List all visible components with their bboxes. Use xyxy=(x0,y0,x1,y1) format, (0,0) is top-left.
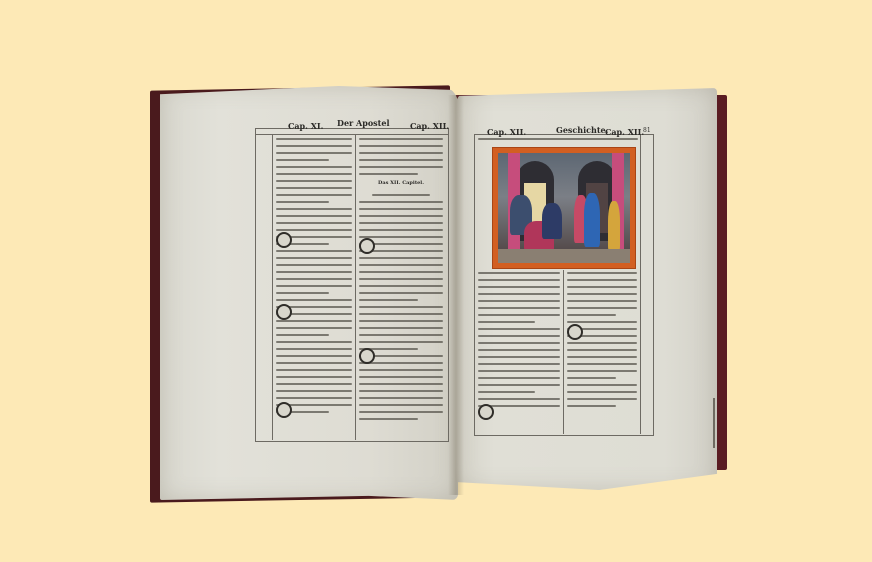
right-page-top-lines xyxy=(478,138,638,148)
left-header-rule xyxy=(255,134,448,135)
drop-cap-initial xyxy=(276,232,292,248)
right-header-chapter: Cap. XII. xyxy=(487,127,526,137)
drop-cap-initial xyxy=(359,238,375,254)
illuminated-illustration xyxy=(493,148,635,268)
left-page-column-1 xyxy=(276,138,352,436)
drop-cap-initial xyxy=(359,348,375,364)
page-number: 81 xyxy=(643,127,651,134)
ribbon-marker xyxy=(713,398,715,448)
right-column-rule xyxy=(563,270,564,434)
right-header-chapter-right: Cap. XII. xyxy=(605,127,644,137)
left-margin-rule xyxy=(272,134,273,440)
drop-cap-initial xyxy=(276,402,292,418)
left-page-column-2: Das XII. Capitel. xyxy=(359,138,443,436)
right-header-title: Geschichte. xyxy=(556,125,608,135)
left-header-title: Der Apostel xyxy=(337,118,390,128)
left-column-rule xyxy=(355,134,356,440)
right-margin-rule xyxy=(640,134,641,434)
left-header-chapter: Cap. XI. xyxy=(288,121,323,131)
book-photo: Cap. XI. Der Apostel Cap. XII. Das XII. … xyxy=(0,0,872,562)
right-page-column-2 xyxy=(567,272,637,432)
drop-cap-initial xyxy=(276,304,292,320)
drop-cap-initial xyxy=(478,404,494,420)
left-header-chapter-right: Cap. XII. xyxy=(410,121,449,131)
chapter-heading: Das XII. Capitel. xyxy=(359,180,443,194)
book-gutter xyxy=(448,95,464,495)
drop-cap-initial xyxy=(567,324,583,340)
